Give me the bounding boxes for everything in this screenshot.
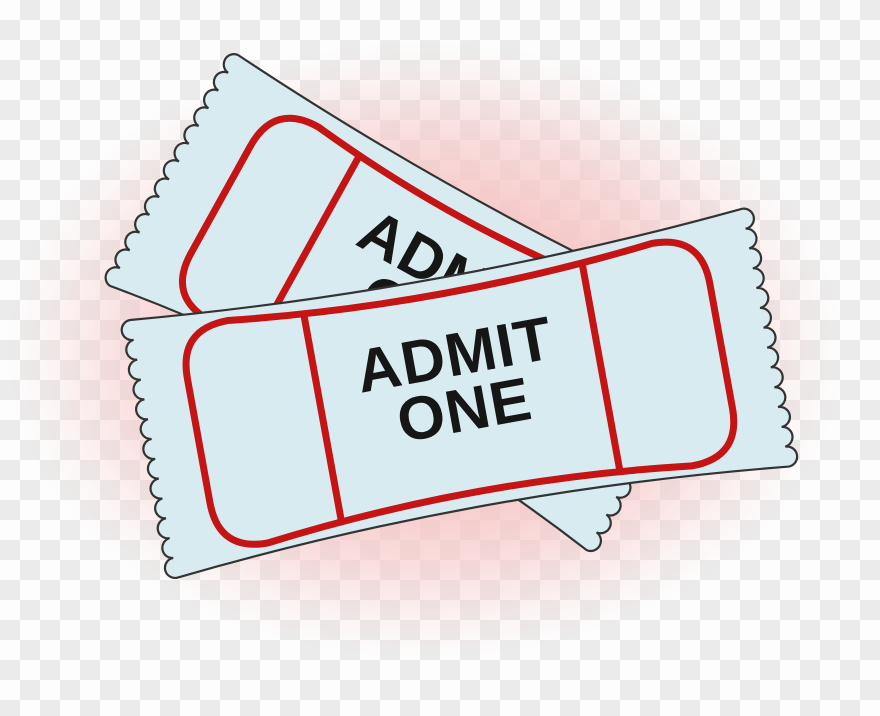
clipart-canvas: ADMIT ONE ADMIT ONE <box>0 0 880 716</box>
admit-one-tickets-illustration: ADMIT ONE ADMIT ONE <box>0 0 880 716</box>
